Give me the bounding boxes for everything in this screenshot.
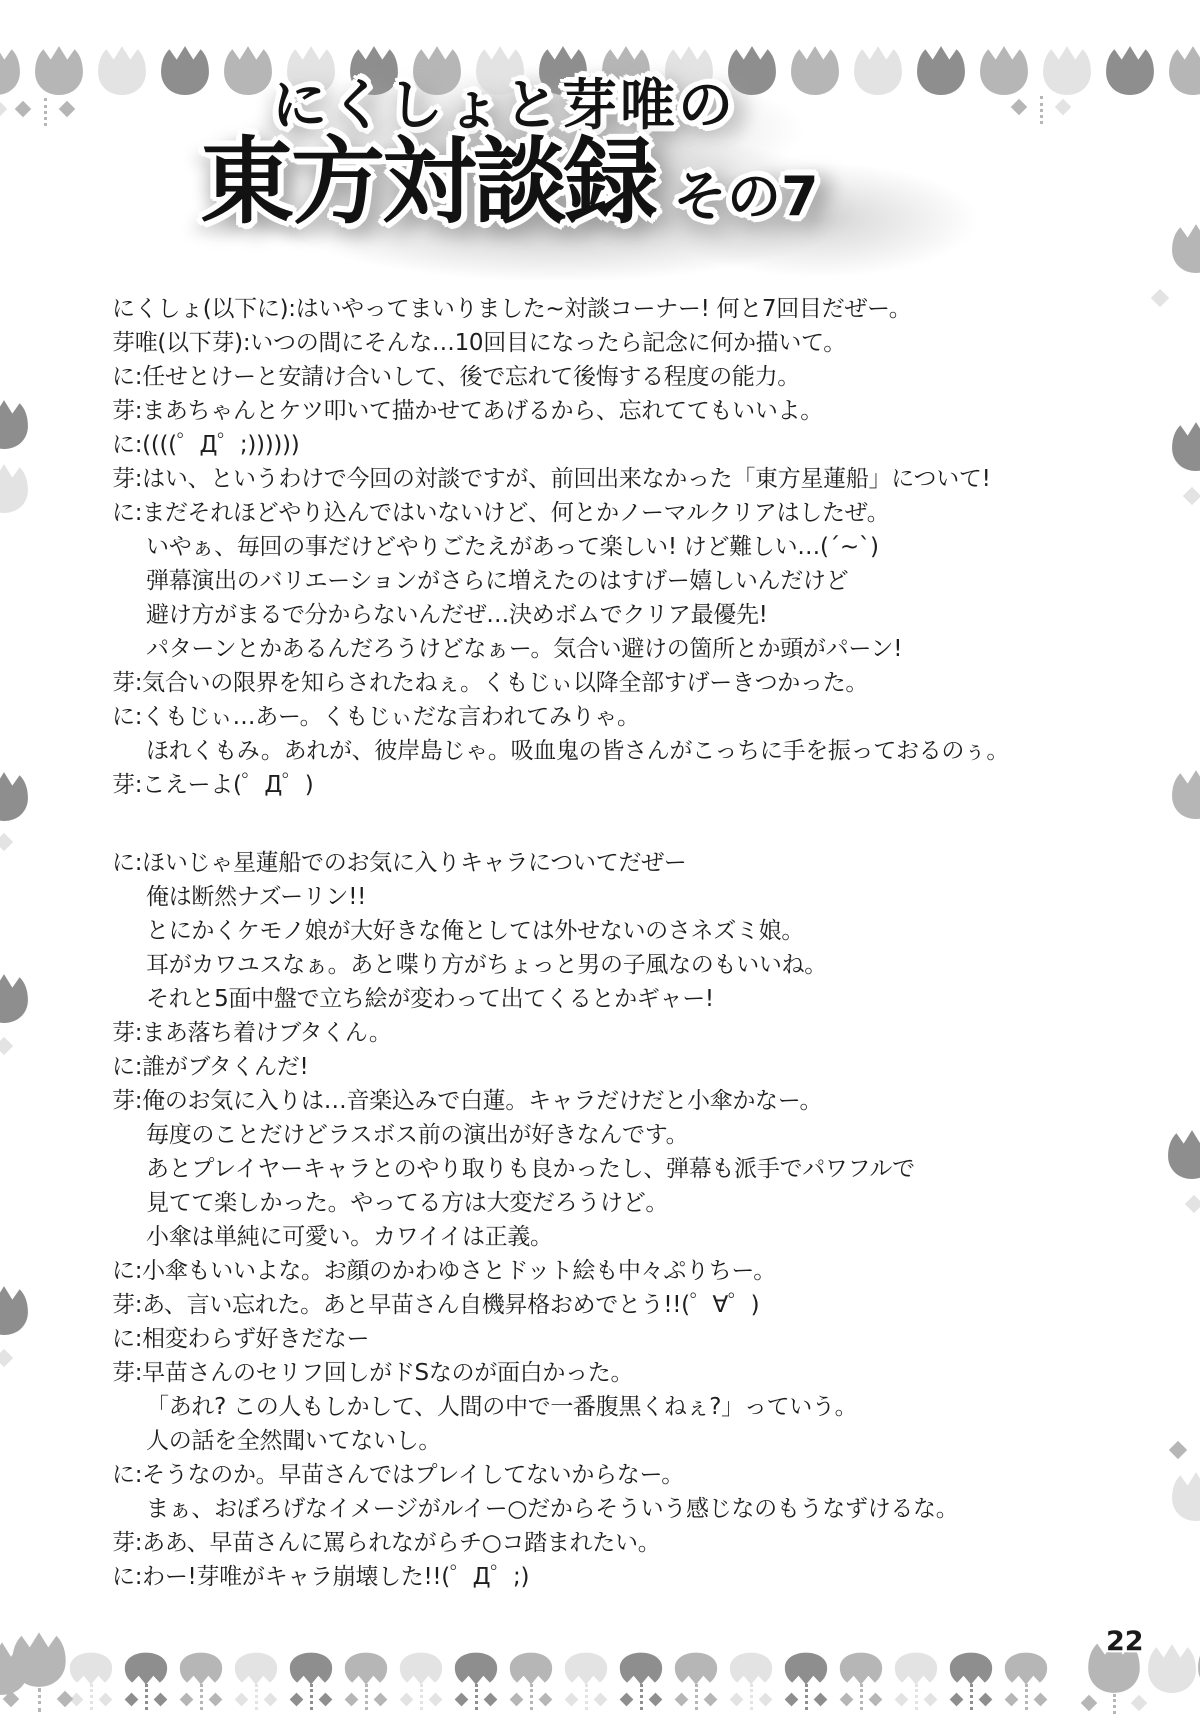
tulip-icon	[915, 44, 967, 96]
stem-icon	[38, 1688, 41, 1712]
title-subtitle: にくしょと芽唯の	[272, 78, 819, 133]
dialogue-line: に:まだそれほどやり込んではいないけど、何とかノーマルクリアはしたぜ。	[112, 496, 1122, 530]
tulip-icon	[673, 1652, 719, 1686]
dialogue-line: それと5面中盤で立ち絵が変わって出てくるとかギャー!	[112, 982, 1122, 1016]
tulip-icon	[1170, 420, 1200, 472]
dialogue-gap	[112, 802, 1122, 846]
dialogue-line: 小傘は単純に可愛い。カワイイは正義。	[112, 1220, 1122, 1254]
tulip-icon	[0, 44, 22, 96]
stem-icon	[365, 1684, 368, 1710]
diamond-icon	[208, 1692, 223, 1707]
stem-icon	[915, 1684, 918, 1710]
title-main-row: 東方対談録 その7	[200, 135, 819, 231]
doujin-text-page: にくしょと芽唯の 東方対談録 その7 にくしょ(以下に):はいやってまいりました…	[0, 0, 1200, 1725]
diamond-icon	[14, 100, 32, 118]
dialogue-line: 「あれ? この人もしかして、人間の中で一番腹黒くねぇ?」っていう。	[112, 1390, 1122, 1424]
tulip-icon	[1104, 44, 1156, 96]
tulip-icon	[178, 1652, 224, 1686]
diamond-icon	[674, 1692, 689, 1707]
diamond-icon	[1054, 98, 1072, 116]
diamond-icon	[318, 1692, 333, 1707]
tulip-icon	[978, 44, 1030, 96]
stem-icon	[860, 1684, 863, 1710]
stem-icon	[530, 1684, 533, 1710]
dialogue-line: にくしょ(以下に):はいやってまいりました~対談コーナー! 何と7回目だぜー。	[112, 292, 1122, 326]
diamond-icon	[373, 1692, 388, 1707]
tulip-icon	[10, 1630, 68, 1688]
dialogue-line: 俺は断然ナズーリン!!	[112, 880, 1122, 914]
stem-icon	[44, 98, 47, 126]
tulip-icon	[0, 770, 30, 822]
stem-icon	[1040, 96, 1043, 124]
tulip-icon	[0, 398, 30, 450]
stem-icon	[200, 1684, 203, 1710]
tulip-icon	[852, 44, 904, 96]
diamond-icon	[564, 1692, 579, 1707]
dialogue-line: に:小傘もいいよな。お顔のかわゆさとドット絵も中々ぷりちー。	[112, 1254, 1122, 1288]
diamond-icon	[1080, 1694, 1098, 1712]
tulip-icon	[1166, 1128, 1200, 1180]
dialogue-line: 毎度のことだけどラスボス前の演出が好きなんです。	[112, 1118, 1122, 1152]
tulip-icon	[453, 1652, 499, 1686]
stem-icon	[970, 1684, 973, 1710]
dialogue-line: 耳がカワユスなぁ。あと喋り方がちょっと男の子風なのもいいね。	[112, 948, 1122, 982]
diamond-icon	[538, 1692, 553, 1707]
diamond-icon	[619, 1692, 634, 1707]
dialogue-line: に:誰がブタくんだ!	[112, 1050, 1122, 1084]
page-title: にくしょと芽唯の 東方対談録 その7	[200, 78, 819, 231]
diamond-icon	[1182, 486, 1200, 506]
dialogue-line: に:相変わらず好きだなー	[112, 1322, 1122, 1356]
tulip-icon	[1170, 222, 1200, 274]
tulip-icon	[783, 1652, 829, 1686]
diamond-icon	[428, 1692, 443, 1707]
stem-icon	[805, 1684, 808, 1710]
diamond-icon	[344, 1692, 359, 1707]
stem-icon	[475, 1684, 478, 1710]
dialogue-line: に:そうなのか。早苗さんではプレイしてないからなー。	[112, 1458, 1122, 1492]
stem-icon	[255, 1684, 258, 1710]
dialogue-line: 芽:はい、というわけで今回の対談ですが、前回出来なかった「東方星蓮船」について!	[112, 462, 1122, 496]
tulip-icon	[0, 972, 30, 1024]
stem-icon	[145, 1684, 148, 1710]
stem-icon	[585, 1684, 588, 1710]
diamond-icon	[1130, 1694, 1148, 1712]
diamond-icon	[1010, 98, 1028, 116]
dialogue-line: 見てて楽しかった。やってる方は大変だろうけど。	[112, 1186, 1122, 1220]
stem-icon	[1025, 1684, 1028, 1710]
tulip-icon	[728, 1652, 774, 1686]
tulip-icon	[563, 1652, 609, 1686]
tulip-icon	[0, 1284, 30, 1336]
dialogue-line: 芽:こえーよ(゜Д゜)	[112, 768, 1122, 802]
dialogue-line: に:任せとけーと安請け合いして、後で忘れて後悔する程度の能力。	[112, 360, 1122, 394]
diamond-icon	[593, 1692, 608, 1707]
stem-icon	[90, 1684, 93, 1710]
tulip-icon	[0, 462, 30, 514]
diamond-icon	[0, 1036, 14, 1056]
tulip-icon	[508, 1652, 554, 1686]
diamond-icon	[56, 1690, 74, 1708]
dialogue-line: 芽:あ、言い忘れた。あと早苗さん自機昇格おめでとう!!(゜∀゜)	[112, 1288, 1122, 1322]
diamond-icon	[1150, 288, 1170, 308]
dialogue-line: とにかくケモノ娘が大好きな俺としては外せないのさネズミ娘。	[112, 914, 1122, 948]
title-main: 東方対談録	[200, 135, 655, 231]
diamond-icon	[153, 1692, 168, 1707]
tulip-icon	[618, 1652, 664, 1686]
diamond-icon	[1184, 1194, 1200, 1214]
diamond-icon	[978, 1692, 993, 1707]
stem-icon	[750, 1684, 753, 1710]
dialogue-line: 芽:まあ落ち着けブタくん。	[112, 1016, 1122, 1050]
diamond-icon	[2, 1690, 20, 1708]
title-part-number: その7	[673, 170, 819, 224]
dialogue-line: に:((((゜Д゜;))))))	[112, 428, 1122, 462]
tulip-icon	[68, 1652, 114, 1686]
dialogue-line: ほれくもみ。あれが、彼岸島じゃ。吸血鬼の皆さんがこっちに手を振っておるのぅ。	[112, 734, 1122, 768]
diamond-icon	[813, 1692, 828, 1707]
stem-icon	[420, 1684, 423, 1710]
tulip-icon	[288, 1652, 334, 1686]
tulip-icon	[33, 44, 85, 96]
tulip-icon	[1167, 44, 1200, 96]
diamond-icon	[0, 100, 8, 118]
dialogue-line: まぁ、おぼろげなイメージがルイー○だからそういう感じなのもうなずけるな。	[112, 1492, 1122, 1526]
dialogue-line: 芽:俺のお気に入りは…音楽込みで白蓮。キャラだけだと小傘かなー。	[112, 1084, 1122, 1118]
tulip-icon	[1003, 1652, 1049, 1686]
dialogue-line: 芽唯(以下芽):いつの間にそんな…10回目になったら記念に何か描いて。	[112, 326, 1122, 360]
diamond-icon	[483, 1692, 498, 1707]
dialogue-line: に:わー!芽唯がキャラ崩壊した!!(゜Д゜;)	[112, 1560, 1122, 1594]
dialogue-line: 芽:ああ、早苗さんに罵られながらチ○コ踏まれたい。	[112, 1526, 1122, 1560]
diamond-icon	[758, 1692, 773, 1707]
tulip-icon	[343, 1652, 389, 1686]
diamond-icon	[868, 1692, 883, 1707]
diamond-icon	[1033, 1692, 1048, 1707]
dialogue-line: 芽:早苗さんのセリフ回しがドSなのが面白かった。	[112, 1356, 1122, 1390]
diamond-icon	[58, 100, 76, 118]
dialogue-line: 人の話を全然聞いてないし。	[112, 1424, 1122, 1458]
tulip-icon	[1196, 1640, 1200, 1692]
diamond-icon	[399, 1692, 414, 1707]
diamond-icon	[289, 1692, 304, 1707]
tulip-icon	[233, 1652, 279, 1686]
diamond-icon	[1004, 1692, 1019, 1707]
diamond-icon	[703, 1692, 718, 1707]
dialogue-line: 芽:まあちゃんとケツ叩いて描かせてあげるから、忘れててもいいよ。	[112, 394, 1122, 428]
tulip-icon	[893, 1652, 939, 1686]
diamond-icon	[454, 1692, 469, 1707]
tulip-icon	[1041, 44, 1093, 96]
diamond-icon	[729, 1692, 744, 1707]
dialogue-line: 芽:気合いの限界を知らされたねぇ。くもじぃ以降全部すげーきつかった。	[112, 666, 1122, 700]
tulip-icon	[838, 1652, 884, 1686]
diamond-icon	[263, 1692, 278, 1707]
diamond-icon	[839, 1692, 854, 1707]
tulip-icon	[1146, 1642, 1198, 1694]
diamond-icon	[124, 1692, 139, 1707]
stem-icon	[695, 1684, 698, 1710]
diamond-icon	[894, 1692, 909, 1707]
tulip-icon	[948, 1652, 994, 1686]
diamond-icon	[923, 1692, 938, 1707]
dialogue-line: 弾幕演出のバリエーションがさらに増えたのはすげー嬉しいんだけど	[112, 564, 1122, 598]
diamond-icon	[784, 1692, 799, 1707]
diamond-icon	[949, 1692, 964, 1707]
dialogue-text-block: にくしょ(以下に):はいやってまいりました~対談コーナー! 何と7回目だぜー。芽…	[112, 292, 1122, 1594]
dialogue-line: いやぁ、毎回の事だけどやりごたえがあって楽しい! けど難しい…(´~`)	[112, 530, 1122, 564]
dialogue-line: 避け方がまるで分からないんだぜ…決めボムでクリア最優先!	[112, 598, 1122, 632]
tulip-icon	[96, 44, 148, 96]
page-number: 22	[1106, 1626, 1144, 1657]
stem-icon	[1113, 1694, 1116, 1714]
stem-icon	[640, 1684, 643, 1710]
tulip-icon	[1170, 768, 1200, 820]
dialogue-line: に:くもじぃ…あー。くもじぃだな言われてみりゃ。	[112, 700, 1122, 734]
diamond-icon	[0, 832, 14, 852]
tulip-icon	[1170, 1470, 1200, 1522]
diamond-icon	[1168, 1440, 1188, 1460]
diamond-icon	[0, 1348, 14, 1368]
stem-icon	[310, 1684, 313, 1710]
dialogue-line: に:ほいじゃ星蓮船でのお気に入りキャラについてだぜー	[112, 846, 1122, 880]
tulip-icon	[123, 1652, 169, 1686]
diamond-icon	[98, 1692, 113, 1707]
diamond-icon	[179, 1692, 194, 1707]
dialogue-line: あとプレイヤーキャラとのやり取りも良かったし、弾幕も派手でパワフルで	[112, 1152, 1122, 1186]
diamond-icon	[509, 1692, 524, 1707]
dialogue-line: パターンとかあるんだろうけどなぁー。気合い避けの箇所とか頭がパーン!	[112, 632, 1122, 666]
tulip-icon	[398, 1652, 444, 1686]
diamond-icon	[234, 1692, 249, 1707]
diamond-icon	[648, 1692, 663, 1707]
